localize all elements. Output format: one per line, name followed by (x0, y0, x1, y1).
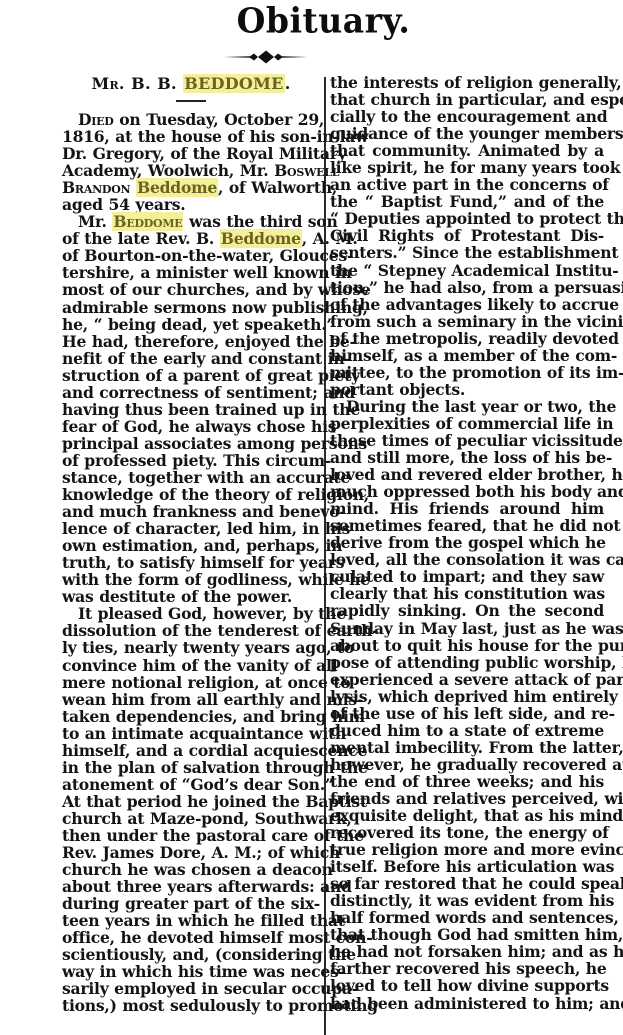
text-line: Sunday in May last, just as he was (330, 620, 604, 637)
text-line: guidance of the younger members of (330, 125, 604, 142)
text-line: and correctness of sentiment; and (62, 384, 320, 401)
text-line: mind. His friends around him (330, 500, 604, 517)
text-line: dissolution of the tenderest of earth- (62, 622, 320, 639)
text-line: and still more, the loss of his be- (330, 449, 604, 466)
text-line: admirable sermons now publishing, (62, 299, 320, 316)
text-line: like spirit, he for many years took (330, 159, 604, 176)
text-line: that church in particular, and espe- (330, 91, 604, 108)
text-line: himself, and a cordial acquiescence (62, 742, 320, 759)
text-line: church he was chosen a deacon (62, 861, 320, 878)
right-column: the interests of religion generally, oft… (330, 74, 604, 1012)
text-segment: , of Walworth, (218, 178, 337, 197)
text-line: pose of attending public worship, he (330, 654, 604, 671)
text-line: of the metropolis, readily devoted (330, 330, 604, 347)
text-line: then under the pastoral care of the (62, 827, 320, 844)
text-line: own estimation, and, perhaps, in (62, 537, 320, 554)
text-line: that though God had smitten him, (330, 926, 604, 943)
masthead: Obituary. (0, 2, 623, 40)
text-line: Academy, Woolwich, Mr. Boswell (62, 162, 320, 179)
text-line: true religion more and more evinced (330, 841, 604, 858)
text-line: in the plan of salvation through the (62, 759, 320, 776)
text-line: taken dependencies, and bring him (62, 708, 320, 725)
text-line: Civil Rights of Protestant Dis- (330, 227, 604, 244)
fleuron-ornament-icon (224, 50, 308, 64)
text-line: tion,” he had also, from a persuasion (330, 279, 604, 296)
text-line: to an intimate acquaintance with (62, 725, 320, 742)
newspaper-page: Obituary. Mr. B. B. BEDDOME. Died on Tue… (0, 0, 623, 1035)
text-line: of the late Rev. B. Beddome, A. M. (62, 230, 320, 247)
text-line: the interests of religion generally, of (330, 74, 604, 91)
text-line: office, he devoted himself most con- (62, 929, 320, 946)
text-line: scientiously, and, (considering the (62, 946, 320, 963)
text-line: loved and revered elder brother, had (330, 466, 604, 483)
text-line: during greater part of the six- (62, 895, 320, 912)
text-line: much oppressed both his body and (330, 483, 604, 500)
heading-suffix: . (285, 74, 291, 93)
text-line: fear of God, he always chose his (62, 418, 320, 435)
text-line: Died on Tuesday, October 29, (62, 111, 320, 128)
text-line: mittee, to the promotion of its im- (330, 364, 604, 381)
text-line: about three years afterwards: and (62, 878, 320, 895)
heading-rule (176, 100, 206, 102)
text-line: way in which his time was neces- (62, 963, 320, 980)
text-line: these times of peculiar vicissitude, (330, 432, 604, 449)
text-line: of Bourton-on-the-water, Glouces- (62, 247, 320, 264)
text-line: mere notional religion, at once to (62, 674, 320, 691)
text-line: and much frankness and benevo- (62, 503, 320, 520)
text-line: most of our churches, and by whose (62, 281, 320, 298)
text-line: of the advantages likely to accrue (330, 296, 604, 313)
text-line: Dr. Gregory, of the Royal Military (62, 145, 320, 162)
text-line: was destitute of the power. (62, 588, 320, 605)
text-line: struction of a parent of great piety (62, 367, 320, 384)
text-line: the “ Stepney Academical Institu- (330, 262, 604, 279)
text-line: sarily employed in secular occupa- (62, 980, 320, 997)
text-line: 1816, at the house of his son-in-law (62, 128, 320, 145)
text-line: had been administered to him; and (330, 995, 604, 1012)
text-line: Rev. James Dore, A. M.; of which (62, 844, 320, 861)
text-line: he, “ being dead, yet speaketh.” (62, 316, 320, 333)
text-line: mental imbecility. From the latter, (330, 739, 604, 756)
text-line: with the form of godliness, while he (62, 571, 320, 588)
text-line: loved, all the consolation it was cal- (330, 551, 604, 568)
text-line: At that period he joined the Baptist (62, 793, 320, 810)
text-line: about to quit his house for the pur- (330, 637, 604, 654)
left-column: Mr. B. B. BEDDOME. Died on Tuesday, Octo… (62, 74, 320, 1014)
text-line: derive from the gospel which he (330, 534, 604, 551)
text-line: so far restored that he could speak (330, 875, 604, 892)
text-line: of the use of his left side, and re- (330, 705, 604, 722)
text-line: culated to impart; and they saw (330, 568, 604, 585)
text-line: farther recovered his speech, he (330, 960, 604, 977)
text-line: principal associates among persons (62, 435, 320, 452)
text-line: cially to the encouragement and (330, 108, 604, 125)
text-line: half formed words and sentences, (330, 909, 604, 926)
text-line: During the last year or two, the (330, 398, 604, 415)
text-line: perplexities of commercial life in (330, 415, 604, 432)
text-line: knowledge of the theory of religion, (62, 486, 320, 503)
text-line: senters.” Since the establishment of (330, 244, 604, 261)
text-line: distinctly, it was evident from his (330, 892, 604, 909)
text-line: experienced a severe attack of para- (330, 671, 604, 688)
heading-name-highlighted: BEDDOME (183, 74, 284, 93)
text-line: friends and relatives perceived, with (330, 790, 604, 807)
text-line: an active part in the concerns of (330, 176, 604, 193)
text-line: he had not forsaken him; and as he (330, 943, 604, 960)
text-line: atonement of “God’s dear Son.” (62, 776, 320, 793)
text-line: rapidly sinking. On the second (330, 602, 604, 619)
text-line: from such a seminary in the vicinity (330, 313, 604, 330)
text-line: nefit of the early and constant in- (62, 350, 320, 367)
text-line: itself. Before his articulation was (330, 858, 604, 875)
left-column-text: Died on Tuesday, October 29,1816, at the… (62, 111, 320, 1014)
text-line: teen years in which he filled that (62, 912, 320, 929)
text-line: recovered its tone, the energy of (330, 824, 604, 841)
article-heading: Mr. B. B. BEDDOME. (62, 74, 320, 94)
heading-prefix: Mr. B. B. (91, 74, 176, 93)
text-line: lence of character, led him, in his (62, 520, 320, 537)
text-line: convince him of the vanity of all (62, 657, 320, 674)
text-line: portant objects. (330, 381, 604, 398)
text-line: truth, to satisfy himself for years (62, 554, 320, 571)
text-line: the end of three weeks; and his (330, 773, 604, 790)
right-column-text: the interests of religion generally, oft… (330, 74, 604, 1012)
text-line: Mr. Beddome was the third son (62, 213, 320, 230)
text-line: clearly that his constitution was (330, 585, 604, 602)
text-line: duced him to a state of extreme (330, 722, 604, 739)
text-line: ly ties, nearly twenty years ago, to (62, 639, 320, 656)
text-line: however, he gradually recovered at (330, 756, 604, 773)
text-line: that community. Animated by a (330, 142, 604, 159)
text-line: aged 54 years. (62, 196, 320, 213)
text-line: having thus been trained up in the (62, 401, 320, 418)
text-line: loved to tell how divine supports (330, 977, 604, 994)
text-line: tions,) most sedulously to promoting (62, 997, 320, 1014)
text-line: exquisite delight, that as his mind (330, 807, 604, 824)
text-line: tershire, a minister well known in (62, 264, 320, 281)
text-line: sometimes feared, that he did not (330, 517, 604, 534)
text-line: Brandon Beddome, of Walworth, (62, 179, 320, 196)
text-line: of professed piety. This circum- (62, 452, 320, 469)
text-line: stance, together with an accurate (62, 469, 320, 486)
text-line: himself, as a member of the com- (330, 347, 604, 364)
text-line: church at Maze-pond, Southwark, (62, 810, 320, 827)
text-line: It pleased God, however, by the (62, 605, 320, 622)
text-line: “ Deputies appointed to protect the (330, 210, 604, 227)
text-line: the “ Baptist Fund,” and of the (330, 193, 604, 210)
text-line: lysis, which deprived him entirely (330, 688, 604, 705)
text-line: He had, therefore, enjoyed the be- (62, 333, 320, 350)
section-title: Obituary. (237, 1, 411, 41)
text-line: wean him from all earthly and mis- (62, 691, 320, 708)
